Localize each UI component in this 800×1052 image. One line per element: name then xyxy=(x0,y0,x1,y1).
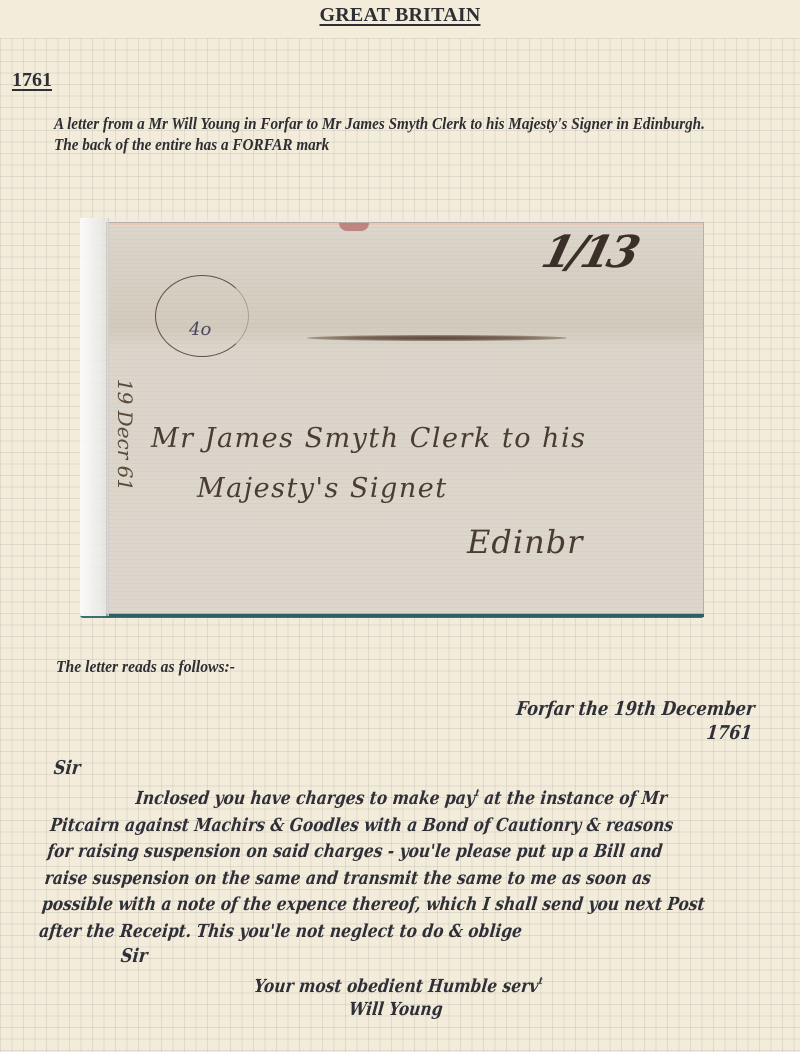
page-title: GREAT BRITAIN xyxy=(0,4,800,27)
address-line: Mr James Smyth Clerk to his xyxy=(151,423,586,454)
side-docket: 19 Decr 61 xyxy=(113,379,137,491)
wax-seal-remnant xyxy=(339,223,369,231)
letter-cover-image: 1/13 4o 19 Decr 61 Mr James Smyth Clerk … xyxy=(106,222,704,614)
body-line: Inclosed you have charges to make payt a… xyxy=(52,781,718,813)
circled-mark-text: 4o xyxy=(189,319,211,340)
circled-postal-mark xyxy=(155,275,249,357)
body-line: Pitcairn against Machirs & Goodles with … xyxy=(49,813,715,840)
closing-line: Your most obedient Humble servt xyxy=(53,970,744,998)
dateline-year: 1761 xyxy=(513,721,754,745)
body-line: after the Receipt. This you'le not negle… xyxy=(38,919,704,946)
year-heading: 1761 xyxy=(12,69,52,92)
body-line: possible with a note of the expence ther… xyxy=(41,892,707,919)
letter-dateline: Forfar the 19th December 1761 xyxy=(513,697,756,745)
closing-salutation: Sir xyxy=(120,945,149,967)
body-line: for raising suspension on said charges -… xyxy=(46,839,712,866)
sleeve-edge xyxy=(80,218,109,616)
transcription-heading: The letter reads as follows:- xyxy=(56,657,235,677)
signature: Will Young xyxy=(51,998,741,1021)
item-description: A letter from a Mr Will Young in Forfar … xyxy=(54,113,716,155)
postage-charge-mark: 1/13 xyxy=(537,227,642,278)
fold-crease xyxy=(307,335,567,341)
body-line: raise suspension on the same and transmi… xyxy=(43,866,709,893)
letter-closing: Your most obedient Humble servt Will You… xyxy=(51,970,744,1021)
letter-body: Inclosed you have charges to make payt a… xyxy=(38,781,718,945)
address-line: Edinbr xyxy=(467,523,583,561)
dateline-place-date: Forfar the 19th December xyxy=(515,697,756,721)
address-line: Majesty's Signet xyxy=(197,473,448,504)
letter-salutation: Sir xyxy=(53,757,82,779)
